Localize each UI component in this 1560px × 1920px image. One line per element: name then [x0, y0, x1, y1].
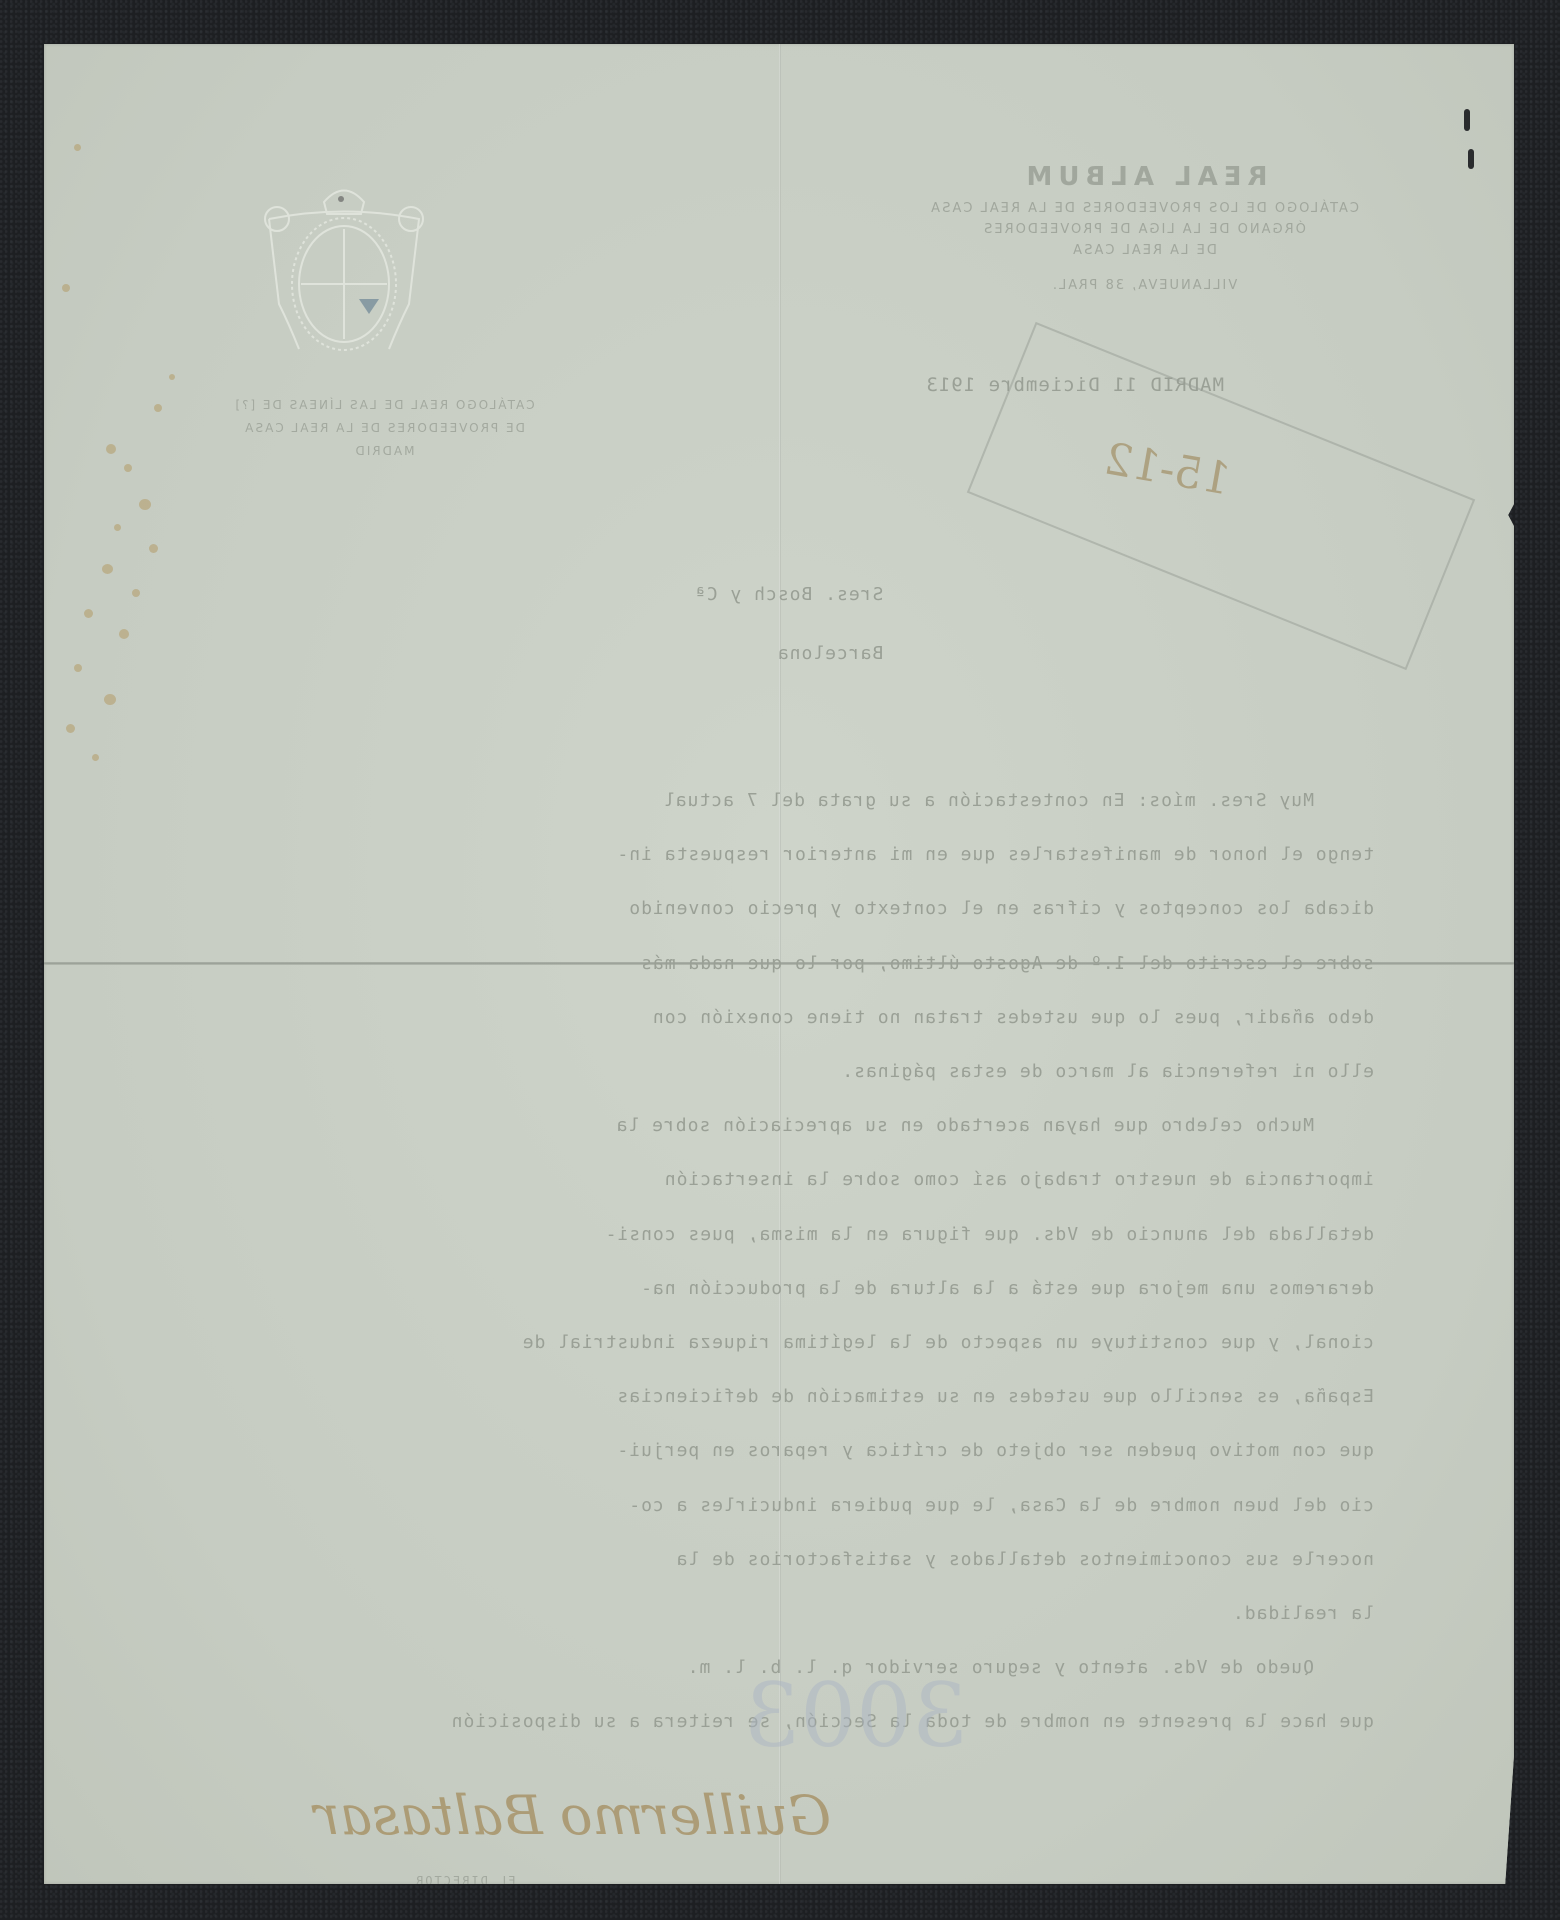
left-block-line: DE PROVEEDORES DE LA REAL CASA: [204, 421, 564, 435]
body-line: que con motivo pueden ser objeto de crít…: [244, 1424, 1374, 1478]
body-line: tengo el honor de manifestarles que en m…: [244, 828, 1374, 882]
letterhead-line: ÓRGANO DE LA LIGA DE PROVEEDORES: [884, 223, 1404, 236]
addressee-block: Sres. Bosch y Cª Barcelona: [694, 584, 883, 702]
embossed-royal-crest-icon: [249, 174, 439, 379]
staple-hole-top: [1464, 109, 1470, 131]
left-letterhead-block: CATÁLOGO REAL DE LAS LÍNEAS DE [?] DE PR…: [204, 389, 564, 467]
letterhead-line: VILLANUEVA, 38 PRAL.: [884, 279, 1404, 292]
letterhead-title: REAL ALBUM: [884, 164, 1404, 190]
letterhead-line: CATÁLOGO DE LOS PROVEEDORES DE LA REAL C…: [884, 202, 1404, 215]
letterhead: REAL ALBUM CATÁLOGO DE LOS PROVEEDORES D…: [884, 164, 1404, 300]
body-line: importancia de nuestro trabajo así como …: [244, 1153, 1374, 1207]
body-line: la realidad.: [244, 1587, 1374, 1641]
blue-pencil-mark: 3003: [744, 1664, 968, 1767]
body-line: España, es sencillo que ustedes en su es…: [244, 1370, 1374, 1424]
body-line: ello ni referencia al marco de estas pág…: [244, 1045, 1374, 1099]
body-line: cional, y que constituye un aspecto de l…: [244, 1316, 1374, 1370]
body-line: detallada del anuncio de Vds. que figura…: [244, 1208, 1374, 1262]
addressee-name: Sres. Bosch y Cª: [694, 584, 883, 605]
addressee-city: Barcelona: [694, 643, 883, 664]
letter-sheet: CATÁLOGO REAL DE LAS LÍNEAS DE [?] DE PR…: [44, 44, 1514, 1884]
left-block-line: CATÁLOGO REAL DE LAS LÍNEAS DE [?]: [204, 398, 564, 412]
staple-hole-bottom: [1468, 149, 1474, 169]
letter-body: Muy Sres. míos: En contestación a su gra…: [244, 774, 1374, 1750]
body-line: cio del buen nombre de la Casa, le que p…: [244, 1479, 1374, 1533]
body-line: debo añadir, pues lo que ustedes tratan …: [244, 991, 1374, 1045]
body-line: deraremos una mejora que está a la altur…: [244, 1262, 1374, 1316]
body-line: Mucho celebro que hayan acertado en su a…: [244, 1099, 1374, 1153]
letterhead-line: DE LA REAL CASA: [884, 244, 1404, 257]
body-line: nocerle sus conocimientos detallados y s…: [244, 1533, 1374, 1587]
left-block-line: MADRID: [204, 444, 564, 458]
body-line: Muy Sres. míos: En contestación a su gra…: [244, 774, 1374, 828]
body-line: dicaba los conceptos y cifras en el cont…: [244, 882, 1374, 936]
signature-title: EL DIRECTOR: [414, 1874, 515, 1888]
body-line: sobre el escrito del 1.º de Agosto últim…: [244, 937, 1374, 991]
signature: Guillermo Baltasar: [314, 1784, 831, 1847]
